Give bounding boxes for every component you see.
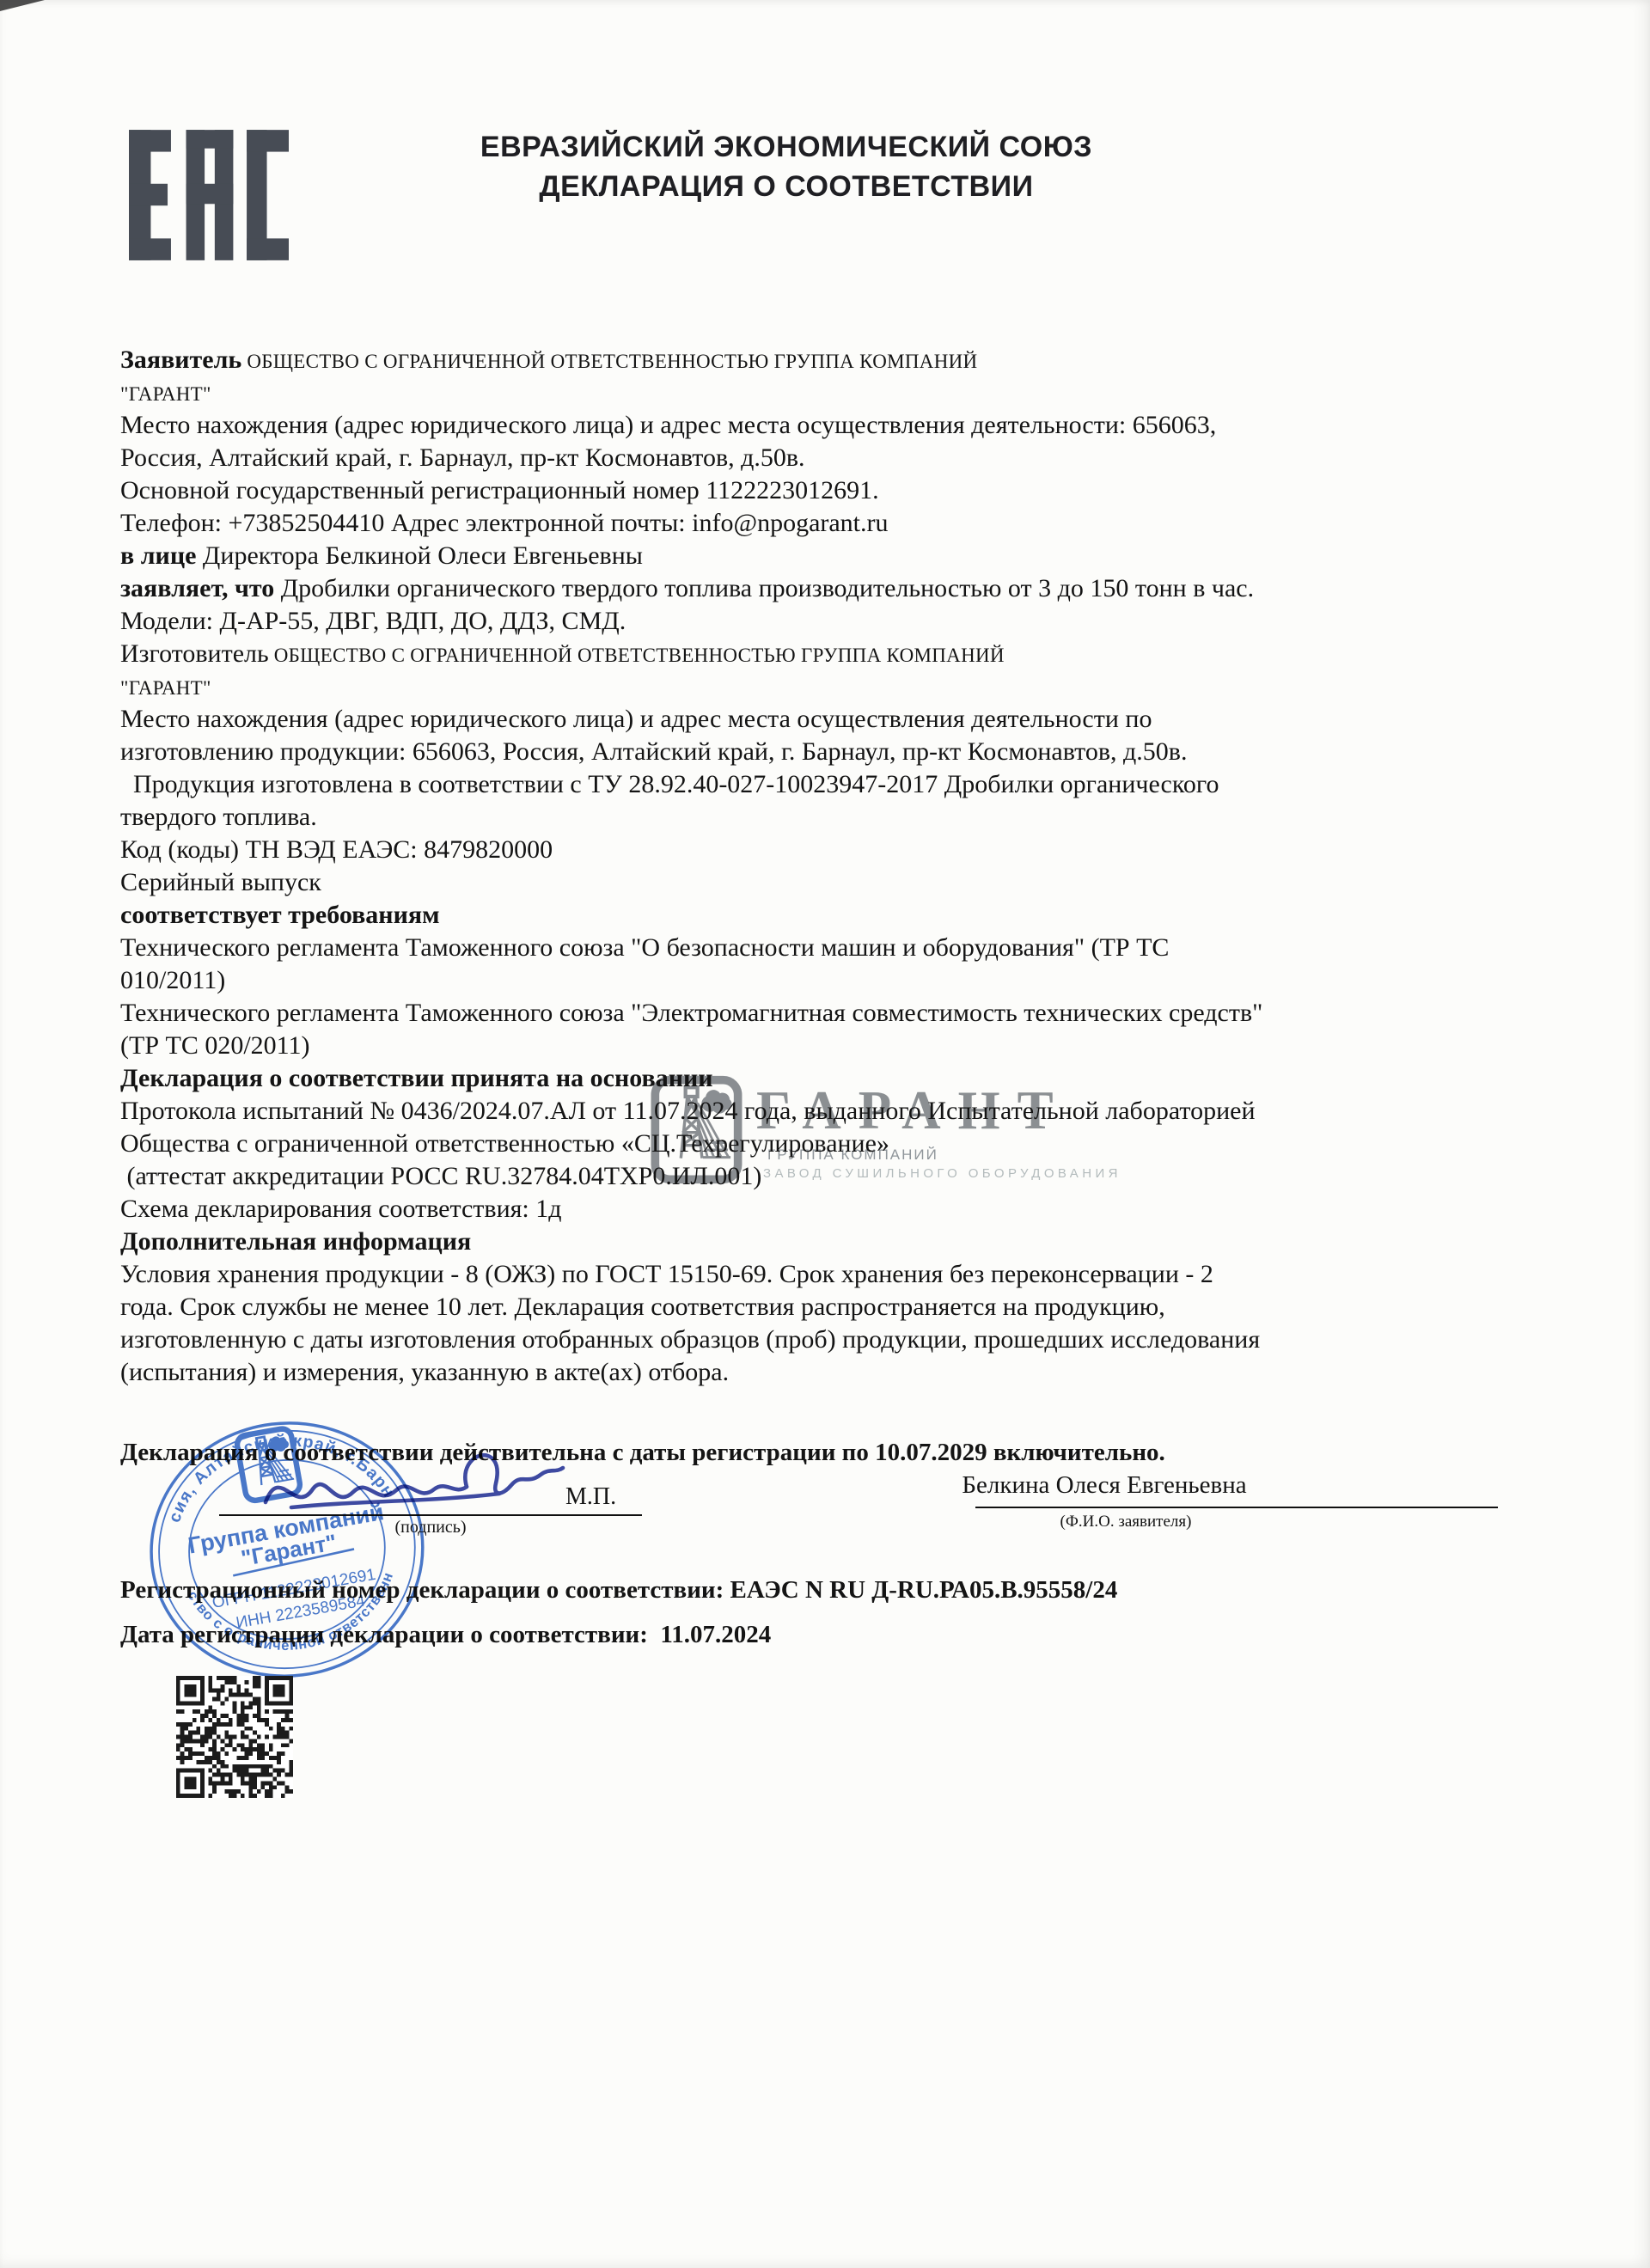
body-line: Модели: Д-АР-55, ДВГ, ВДП, ДО, ДДЗ, СМД. <box>120 605 1590 638</box>
body-line: Основной государственный регистрационный… <box>120 474 1590 507</box>
body-line: Декларация о соответствии принята на осн… <box>120 1062 1590 1095</box>
body-line: в лице Директора Белкиной Олеси Евгеньев… <box>120 540 1590 572</box>
body-line: соответствует требованиям <box>120 899 1590 932</box>
body-line: Код (коды) ТН ВЭД ЕАЭС: 8479820000 <box>120 834 1590 866</box>
document-title: ЕВРАЗИЙСКИЙ ЭКОНОМИЧЕСКИЙ СОЮЗ ДЕКЛАРАЦИ… <box>228 127 1345 206</box>
body-line: Общества с ограниченной ответственностью… <box>120 1128 1590 1160</box>
applicant-name: Белкина Олеся Евгеньевна <box>889 1471 1319 1500</box>
body-line: "ГАРАНТ" <box>120 376 1590 409</box>
applicant-name-line <box>975 1507 1498 1508</box>
title-union: ЕВРАЗИЙСКИЙ ЭКОНОМИЧЕСКИЙ СОЮЗ <box>228 127 1345 167</box>
body-line: Технического регламента Таможенного союз… <box>120 932 1590 964</box>
body-line: года. Срок службы не менее 10 лет. Декла… <box>120 1291 1590 1324</box>
body-line: изготовлению продукции: 656063, Россия, … <box>120 736 1590 768</box>
body-line: Место нахождения (адрес юридического лиц… <box>120 409 1590 442</box>
body-line: твердого топлива. <box>120 801 1590 834</box>
applicant-name-caption: (Ф.И.О. заявителя) <box>975 1513 1276 1531</box>
body-line: Телефон: +73852504410 Адрес электронной … <box>120 507 1590 540</box>
declaration-body-text: Заявитель ОБЩЕСТВО С ОГРАНИЧЕННОЙ ОТВЕТС… <box>120 344 1590 1389</box>
body-line: Схема декларирования соответствия: 1д <box>120 1193 1590 1226</box>
body-line: Место нахождения (адрес юридического лиц… <box>120 703 1590 736</box>
body-line: Технического регламента Таможенного союз… <box>120 997 1590 1030</box>
body-line: Серийный выпуск <box>120 866 1590 899</box>
declaration-document: ЕВРАЗИЙСКИЙ ЭКОНОМИЧЕСКИЙ СОЮЗ ДЕКЛАРАЦИ… <box>0 0 1650 2268</box>
qr-code <box>176 1676 293 1798</box>
body-line: Россия, Алтайский край, г. Барнаул, пр-к… <box>120 442 1590 474</box>
body-line: Условия хранения продукции - 8 (ОЖЗ) по … <box>120 1258 1590 1291</box>
body-line: (ТР ТС 020/2011) <box>120 1030 1590 1062</box>
body-line: (испытания) и измерения, указанную в акт… <box>120 1356 1590 1389</box>
body-line: (аттестат аккредитации РОСС RU.32784.04Т… <box>120 1160 1590 1193</box>
body-line: изготовленную с даты изготовления отобра… <box>120 1324 1590 1356</box>
title-declaration: ДЕКЛАРАЦИЯ О СООТВЕТСТВИИ <box>228 167 1345 206</box>
handwritten-signature <box>254 1435 573 1535</box>
body-line: "ГАРАНТ" <box>120 670 1590 703</box>
body-line: заявляет, что Дробилки органического тве… <box>120 572 1590 605</box>
body-line: Продукция изготовлена в соответствии с Т… <box>120 768 1590 801</box>
body-line: Изготовитель ОБЩЕСТВО С ОГРАНИЧЕННОЙ ОТВ… <box>120 638 1590 670</box>
body-line: Протокола испытаний № 0436/2024.07.АЛ от… <box>120 1095 1590 1128</box>
body-line: Дополнительная информация <box>120 1226 1590 1258</box>
scan-corner-artifact <box>0 0 45 11</box>
body-line: 010/2011) <box>120 964 1590 997</box>
body-line: Заявитель ОБЩЕСТВО С ОГРАНИЧЕННОЙ ОТВЕТС… <box>120 344 1590 376</box>
